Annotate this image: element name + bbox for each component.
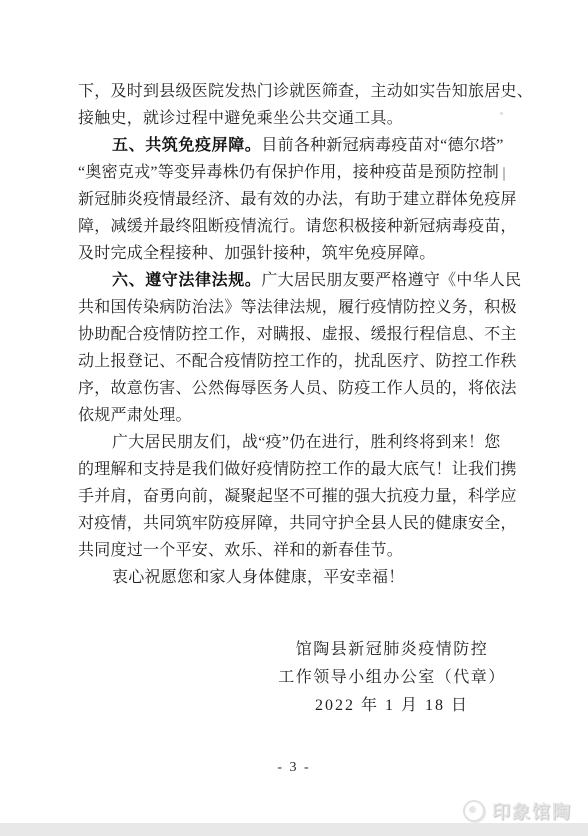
section-heading: 六、遵守法律法规。	[112, 272, 261, 289]
scanned-document-page: 下，及时到县级医院发热门诊就医筛查，主动如实告知旅居史、接触史，就诊过程中避免乘…	[0, 0, 588, 836]
text-line: 依规严肃处理。	[78, 402, 534, 429]
text-line: 六、遵守法律法规。广大居民朋友要严格遵守《中华人民	[78, 267, 534, 294]
line-text: 手并肩，奋勇向前，凝聚起坚不可摧的强大抗疫力量，科学应	[78, 488, 517, 505]
watermark-label: 印象馆陶	[492, 798, 572, 824]
line-text: 新冠肺炎疫情最经济、最有效的办法，有助于建立群体免疫屏	[78, 191, 517, 208]
line-text: 依规严肃处理。	[78, 407, 192, 424]
text-line: 五、共筑免疫屏障。目前各种新冠病毒疫苗对“德尔塔”	[78, 132, 534, 159]
line-text: 广大居民朋友要严格遵守《中华人民	[261, 272, 521, 289]
line-text: 障，减缓并最终阻断疫情流行。请您积极接种新冠病毒疫苗，	[78, 218, 517, 235]
text-line: 对疫情，共同筑牢防疫屏障，共同守护全县人民的健康安全，	[78, 510, 534, 537]
text-line: 动上报登记、不配合疫情防控工作的，扰乱医疗、防控工作秩	[78, 348, 534, 375]
page-number: - 3 -	[0, 760, 588, 776]
line-text: 衷心祝愿您和家人身体健康，平安幸福！	[112, 569, 405, 586]
line-text: 序，故意伤害、公然侮辱医务人员、防疫工作人员的，将依法	[78, 380, 517, 397]
text-line: 新冠肺炎疫情最经济、最有效的办法，有助于建立群体免疫屏	[78, 186, 534, 213]
text-line: 障，减缓并最终阻断疫情流行。请您积极接种新冠病毒疫苗，	[78, 213, 534, 240]
text-line: 协助配合疫情防控工作，对瞒报、虚报、缓报行程信息、不主	[78, 321, 534, 348]
signature-org-line2: 工作领导小组办公室（代章）	[232, 664, 552, 692]
text-line: 共和国传染病防治法》等法律法规，履行疫情防控义务，积极	[78, 294, 534, 321]
text-line: “奥密克戎”等变异毒株仍有保护作用，接种疫苗是预防控制	[78, 159, 534, 186]
text-line: 下，及时到县级医院发热门诊就医筛查，主动如实告知旅居史、	[78, 78, 534, 105]
text-line: 衷心祝愿您和家人身体健康，平安幸福！	[78, 564, 534, 591]
text-line: 序，故意伤害、公然侮辱医务人员、防疫工作人员的，将依法	[78, 375, 534, 402]
line-text: 广大居民朋友们，战“疫”仍在进行，胜利终将到来！您	[112, 434, 500, 451]
line-text: 下，及时到县级医院发热门诊就医筛查，主动如实告知旅居史、	[78, 83, 533, 100]
line-text: 动上报登记、不配合疫情防控工作的，扰乱医疗、防控工作秩	[78, 353, 517, 370]
document-body: 下，及时到县级医院发热门诊就医筛查，主动如实告知旅居史、接触史，就诊过程中避免乘…	[78, 78, 534, 591]
line-text: 的理解和支持是我们做好疫情防控工作的最大底气！让我们携	[78, 461, 517, 478]
line-text: 共同度过一个平安、欢乐、祥和的新春佳节。	[78, 542, 403, 559]
text-line: 接触史，就诊过程中避免乘坐公共交通工具。	[78, 105, 534, 132]
line-text: 对疫情，共同筑牢防疫屏障，共同守护全县人民的健康安全，	[78, 515, 517, 532]
scan-artifact-mark	[503, 167, 505, 181]
circular-logo-icon	[463, 800, 485, 822]
scan-speck-mark	[500, 112, 503, 115]
signature-block: 馆陶县新冠肺炎疫情防控 工作领导小组办公室（代章） 2022 年 1 月 18 …	[232, 636, 552, 720]
scan-edge-strip	[0, 823, 588, 836]
line-text: 协助配合疫情防控工作，对瞒报、虚报、缓报行程信息、不主	[78, 326, 517, 343]
signature-org-line1: 馆陶县新冠肺炎疫情防控	[232, 636, 552, 664]
line-text: 接触史，就诊过程中避免乘坐公共交通工具。	[78, 110, 403, 127]
text-line: 广大居民朋友们，战“疫”仍在进行，胜利终将到来！您	[78, 429, 534, 456]
text-line: 及时完成全程接种、加强针接种，筑牢免疫屏障。	[78, 240, 534, 267]
text-line: 手并肩，奋勇向前，凝聚起坚不可摧的强大抗疫力量，科学应	[78, 483, 534, 510]
line-text: 及时完成全程接种、加强针接种，筑牢免疫屏障。	[78, 245, 436, 262]
line-text: “奥密克戎”等变异毒株仍有保护作用，接种疫苗是预防控制	[78, 164, 499, 181]
signature-date: 2022 年 1 月 18 日	[232, 692, 552, 720]
line-text: 目前各种新冠病毒疫苗对“德尔塔”	[261, 137, 503, 154]
line-text: 共和国传染病防治法》等法律法规，履行疫情防控义务，积极	[78, 299, 517, 316]
text-line: 共同度过一个平安、欢乐、祥和的新春佳节。	[78, 537, 534, 564]
brand-watermark: 印象馆陶	[463, 798, 572, 824]
section-heading: 五、共筑免疫屏障。	[112, 137, 261, 154]
text-line: 的理解和支持是我们做好疫情防控工作的最大底气！让我们携	[78, 456, 534, 483]
